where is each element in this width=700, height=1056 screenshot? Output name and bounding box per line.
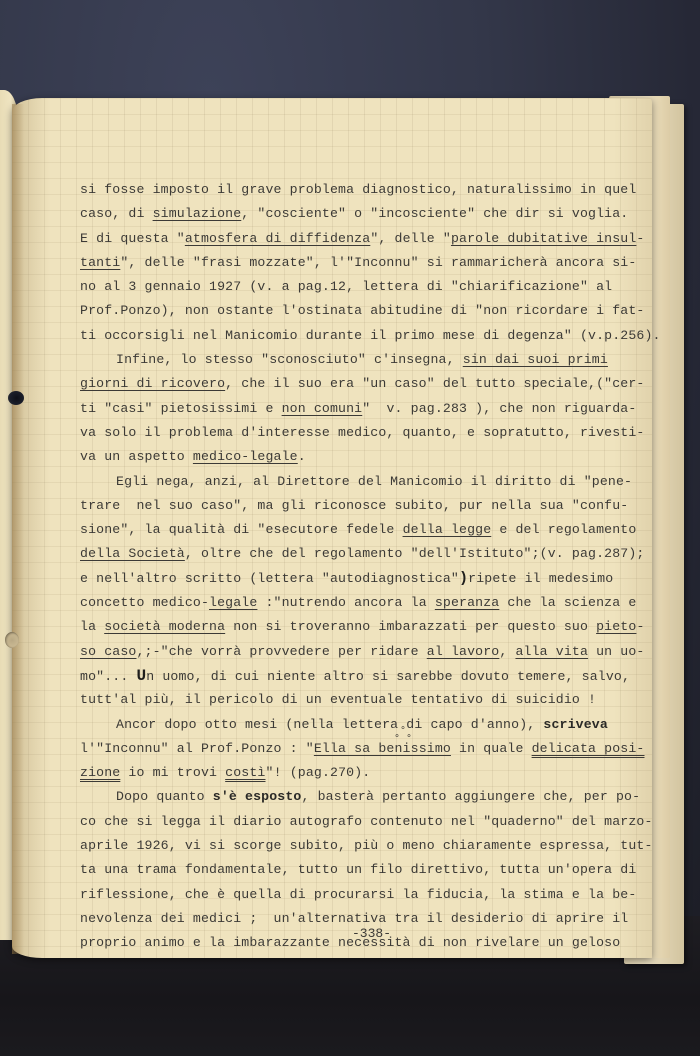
text-segment: e del regolamento [491,522,636,537]
text-segment: riflessione, che è quella di procurarsi … [80,887,636,902]
underlined-phrase: delicata posi- [532,741,645,756]
text-segment: Egli nega, anzi, al Direttore del Manico… [116,474,632,489]
text-line: tanti", delle "frasi mozzate", l'"Inconn… [80,251,650,275]
text-segment: "! (pag.270). [266,765,371,780]
underlined-phrase: simulazione [153,206,242,221]
text-segment: ", delle " [370,231,451,246]
text-segment: mo"... [80,669,136,684]
text-segment: Dopo quanto [116,789,213,804]
text-line: aprile 1926, vi si scorge subito, più o … [80,834,650,858]
underlined-phrase: alla vita [515,644,588,659]
text-line: Ancor dopo otto mesi (nella lettera di c… [80,713,650,737]
underlined-phrase: medico-legale [193,449,298,464]
text-segment: - [636,619,644,634]
text-segment: io mi trovi [120,765,225,780]
text-segment: nevolenza dei medici ; un'alternativa tr… [80,911,628,926]
text-segment: - [636,231,644,246]
underlined-phrase: parole dubitative insul [451,231,636,246]
text-line: Prof.Ponzo), non ostante l'ostinata abit… [80,299,650,323]
text-line: Dopo quanto s'è esposto, basterà pertant… [80,785,650,809]
text-segment: non si troveranno imbarazzati per questo… [225,619,596,634]
text-line: tutt'al più, il pericolo di un eventuale… [80,688,650,712]
underlined-phrase: Ella sa benissimo [314,741,451,756]
page-number: -338- [352,926,391,941]
text-segment: concetto medico- [80,595,209,610]
text-segment: si fosse imposto il grave problema diagn… [80,182,636,197]
text-line: trare nel suo caso", ma gli riconosce su… [80,494,650,518]
text-line: giorni di ricovero, che il suo era "un c… [80,372,650,396]
text-segment: ) [459,570,468,587]
text-line: va solo il problema d'interesse medico, … [80,421,650,445]
text-segment: aprile 1926, vi si scorge subito, più o … [80,838,653,853]
underlined-phrase: tanti [80,255,120,270]
underlined-phrase: so caso [80,644,136,659]
underlined-phrase: costì [225,765,265,780]
underlined-phrase: pieto [596,619,636,634]
text-segment: sione", la qualità di "esecutore fedele [80,522,403,537]
text-line: so caso,;-"che vorrà provvedere per rida… [80,640,650,664]
three-dot-ornament: ° ° ° [392,728,414,750]
text-line: zione io mi trovi costì"! (pag.270). [80,761,650,785]
text-line: no al 3 gennaio 1927 (v. a pag.12, lette… [80,275,650,299]
text-line: della Società, oltre che del regolamento… [80,542,650,566]
text-segment: che la scienza e [499,595,636,610]
text-line: e nell'altro scritto (lettera "autodiagn… [80,567,650,591]
text-segment: ti "casi" pietosissimi e [80,401,282,416]
text-segment: caso, di [80,206,153,221]
text-segment: no al 3 gennaio 1927 (v. a pag.12, lette… [80,279,612,294]
text-segment: , basterà pertanto aggiungere che, per p… [301,789,640,804]
binder-hole-bottom [5,632,19,648]
text-line: ta una trama fondamentale, tutto un filo… [80,858,650,882]
underlined-phrase: atmosfera di diffidenza [185,231,370,246]
text-line: riflessione, che è quella di procurarsi … [80,883,650,907]
underlined-phrase: società moderna [104,619,225,634]
text-segment: l'"Inconnu" al Prof.Ponzo : " [80,741,314,756]
underlined-phrase: zione [80,765,120,780]
text-segment: . [298,449,306,464]
text-segment: ,;-"che vorrà provvedere per ridare [136,644,426,659]
text-segment: Infine, lo stesso "sconosciuto" c'insegn… [116,352,463,367]
text-segment: va solo il problema d'interesse medico, … [80,425,644,440]
text-segment: ripete il medesimo [468,571,613,586]
text-segment: in quale [451,741,532,756]
text-segment: n uomo, di cui niente altro si sarebbe d… [146,669,630,684]
text-segment: ", delle "frasi mozzate", l'"Inconnu" si… [120,255,636,270]
text-line: la società moderna non si troveranno imb… [80,615,650,639]
binding-shadow [12,104,24,954]
underlined-phrase: al lavoro [427,644,500,659]
text-segment: proprio animo e la imbarazzante necessit… [80,935,620,950]
text-line: l'"Inconnu" al Prof.Ponzo : "Ella sa ben… [80,737,650,761]
text-line: mo"... Un uomo, di cui niente altro si s… [80,664,650,688]
underlined-phrase: speranza [435,595,500,610]
text-segment: co che si legga il diario autografo cont… [80,814,653,829]
text-segment: va un aspetto [80,449,193,464]
text-segment: ta una trama fondamentale, tutto un filo… [80,862,636,877]
text-segment: , [499,644,515,659]
underlined-phrase: giorni di ricovero [80,376,225,391]
text-segment: Prof.Ponzo), non ostante l'ostinata abit… [80,303,644,318]
text-segment: " v. pag.283 ), che non riguarda- [362,401,636,416]
underlined-phrase: della Società [80,546,185,561]
text-line: Infine, lo stesso "sconosciuto" c'insegn… [80,348,650,372]
text-segment: s'è esposto [213,789,302,804]
text-line: caso, di simulazione, "cosciente" o "inc… [80,202,650,226]
text-line: E di questa "atmosfera di diffidenza", d… [80,227,650,251]
text-segment: e nell'altro scritto (lettera "autodiagn… [80,571,459,586]
text-line: concetto medico-legale :"nutrendo ancora… [80,591,650,615]
text-segment: ti occorsigli nel Manicomio durante il p… [80,328,661,343]
text-segment: la [80,619,104,634]
text-segment: tutt'al più, il pericolo di un eventuale… [80,692,596,707]
text-segment: , oltre che del regolamento "dell'Istitu… [185,546,645,561]
text-line: si fosse imposto il grave problema diagn… [80,178,650,202]
text-segment: , che il suo era "un caso" del tutto spe… [225,376,644,391]
text-segment: trare nel suo caso", ma gli riconosce su… [80,498,628,513]
text-segment: U [136,667,146,685]
text-line: ti "casi" pietosissimi e non comuni" v. … [80,397,650,421]
text-segment: un uo- [588,644,644,659]
text-line: Egli nega, anzi, al Direttore del Manico… [80,470,650,494]
underlined-phrase: legale [209,595,257,610]
text-line: ti occorsigli nel Manicomio durante il p… [80,324,650,348]
text-line: co che si legga il diario autografo cont… [80,810,650,834]
text-segment: E di questa " [80,231,185,246]
text-line: sione", la qualità di "esecutore fedele … [80,518,650,542]
text-segment: scriveva [543,717,608,732]
underlined-phrase: della legge [403,522,492,537]
underlined-phrase: non comuni [282,401,363,416]
text-line: va un aspetto medico-legale. [80,445,650,469]
text-segment: , "cosciente" o "incosciente" che dir si… [241,206,628,221]
typewritten-text: si fosse imposto il grave problema diagn… [80,178,650,956]
text-segment: :"nutrendo ancora la [257,595,434,610]
text-segment: Ancor dopo otto mesi (nella lettera di c… [116,717,543,732]
underlined-phrase: sin dai suoi primi [463,352,608,367]
binder-hole-top [8,391,24,405]
